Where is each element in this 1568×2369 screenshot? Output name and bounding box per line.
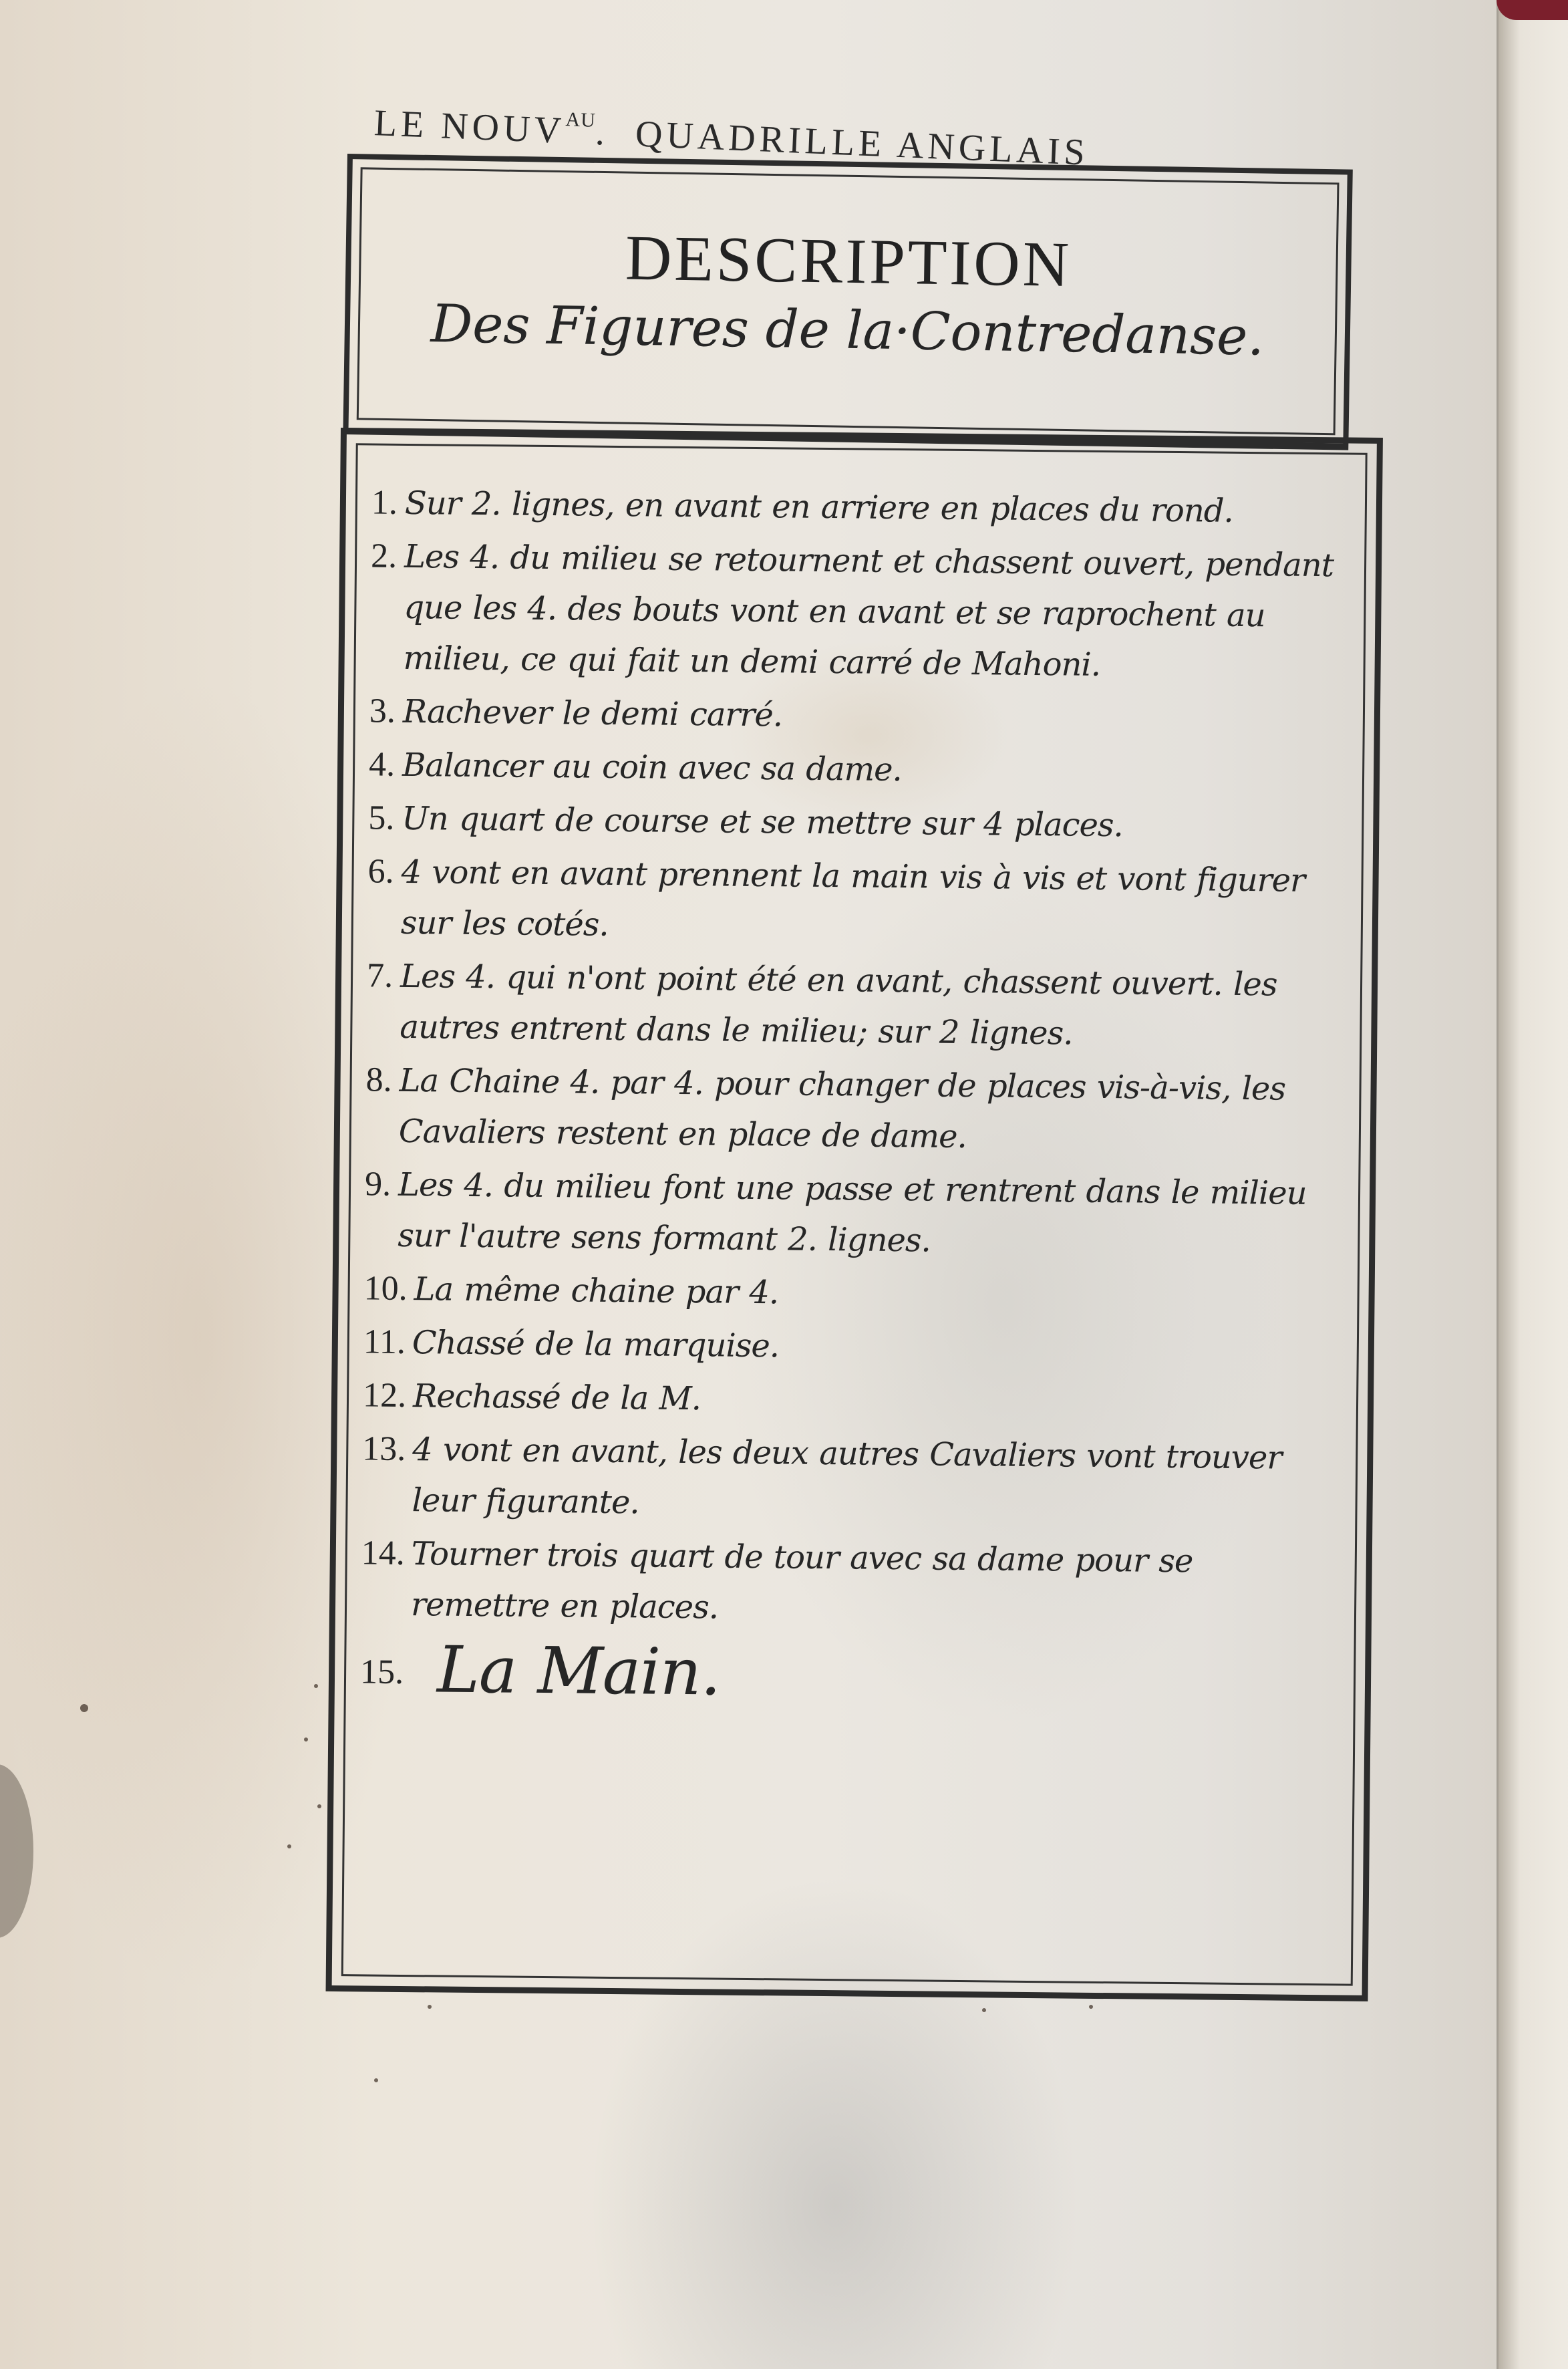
figure-item: 7. Les 4. qui n'ont point été en avant, … xyxy=(366,950,1345,1061)
figure-item: 5. Un quart de course et se mettre sur 4… xyxy=(368,793,1347,853)
figures-frame: 1. Sur 2. lignes, en avant en arriere en… xyxy=(326,428,1383,2001)
page-title: DESCRIPTION xyxy=(351,216,1347,305)
figure-text: Les 4. du milieu se retournent et chasse… xyxy=(403,531,1349,693)
foxing-speck xyxy=(287,1844,291,1848)
figure-text: Les 4. qui n'ont point été en avant, cha… xyxy=(400,951,1345,1062)
foxing-speck xyxy=(982,2008,986,2012)
figure-item: 11. Chassé de la marquise. xyxy=(363,1316,1342,1377)
figure-item-final: 15. La Main. xyxy=(360,1632,1339,1721)
book-page: LE NOUVAU.QUADRILLE ANGLAIS DESCRIPTION … xyxy=(0,0,1497,2369)
figure-text: Balancer au coin avec sa dame. xyxy=(402,740,1348,800)
figure-number: 7. xyxy=(367,950,394,1001)
figure-number: 10. xyxy=(363,1263,408,1314)
figure-number: 3. xyxy=(369,686,397,736)
figure-text: Tourner trois quart de tour avec sa dame… xyxy=(411,1528,1340,1639)
figure-item: 4. Balancer au coin avec sa dame. xyxy=(369,739,1348,799)
figure-number: 8. xyxy=(365,1055,393,1105)
figure-text: Rachever le demi carré. xyxy=(403,686,1348,746)
figure-number: 4. xyxy=(369,739,396,790)
figure-text: Sur 2. lignes, en avant en arriere en pl… xyxy=(405,478,1350,538)
foxing-speck xyxy=(1089,2005,1093,2009)
figure-number: 12. xyxy=(363,1370,407,1421)
figure-number: 6. xyxy=(367,846,395,897)
figure-text: La Chaine 4. par 4. pour changer de plac… xyxy=(399,1055,1344,1166)
figure-text: La Main. xyxy=(410,1633,1339,1715)
figure-item: 10. La même chaine par 4. xyxy=(363,1263,1342,1323)
facing-page-edge xyxy=(1497,0,1568,2369)
cover-corner xyxy=(1497,0,1568,20)
foxing-speck xyxy=(314,1684,318,1688)
figure-number: 14. xyxy=(361,1528,405,1579)
figure-number: 13. xyxy=(362,1423,406,1475)
figure-item: 8. La Chaine 4. par 4. pour changer de p… xyxy=(365,1055,1344,1165)
figure-text: Un quart de course et se mettre sur 4 pl… xyxy=(402,793,1347,853)
figure-item: 9. Les 4. du milieu font une passe et re… xyxy=(364,1159,1343,1270)
thumb-shadow xyxy=(0,1764,33,1938)
title-frame: DESCRIPTION Des Figures de la·Contredans… xyxy=(343,154,1352,450)
figure-text: Rechassé de la M. xyxy=(413,1371,1342,1430)
figure-number: 11. xyxy=(363,1316,406,1368)
foxing-speck xyxy=(428,2005,432,2009)
figure-number: 2. xyxy=(371,531,398,581)
figure-number: 5. xyxy=(368,793,396,843)
figure-number: 9. xyxy=(365,1159,392,1210)
running-head-prefix: LE NOUV xyxy=(373,102,567,152)
figure-item: 12. Rechassé de la M. xyxy=(363,1370,1342,1430)
figure-text: 4 vont en avant prennent la main vis à v… xyxy=(401,847,1346,958)
foxing-speck xyxy=(80,1704,88,1712)
figure-item: 6. 4 vont en avant prennent la main vis … xyxy=(367,846,1346,957)
foxing-speck xyxy=(317,1804,321,1808)
figures-list: 1. Sur 2. lignes, en avant en arriere en… xyxy=(360,477,1350,1724)
foxing-speck xyxy=(374,2078,378,2082)
figure-number: 1. xyxy=(371,477,399,528)
figure-text: 4 vont en avant, les deux autres Cavalie… xyxy=(412,1424,1340,1534)
figure-item: 1. Sur 2. lignes, en avant en arriere en… xyxy=(371,477,1350,537)
figure-text: La même chaine par 4. xyxy=(414,1264,1342,1323)
running-head-dot: . xyxy=(595,112,610,154)
figure-item: 13. 4 vont en avant, les deux autres Cav… xyxy=(361,1423,1340,1534)
figure-item: 3. Rachever le demi carré. xyxy=(369,686,1348,746)
figure-text: Les 4. du milieu font une passe et rentr… xyxy=(398,1159,1343,1270)
figure-number: 15. xyxy=(360,1632,404,1713)
figure-item: 2. Les 4. du milieu se retournent et cha… xyxy=(369,531,1349,692)
running-head-superscript: AU xyxy=(565,108,597,132)
figure-item: 14. Tourner trois quart de tour avec sa … xyxy=(361,1528,1340,1639)
foxing-speck xyxy=(304,1737,308,1741)
figure-text: Chassé de la marquise. xyxy=(412,1317,1342,1377)
